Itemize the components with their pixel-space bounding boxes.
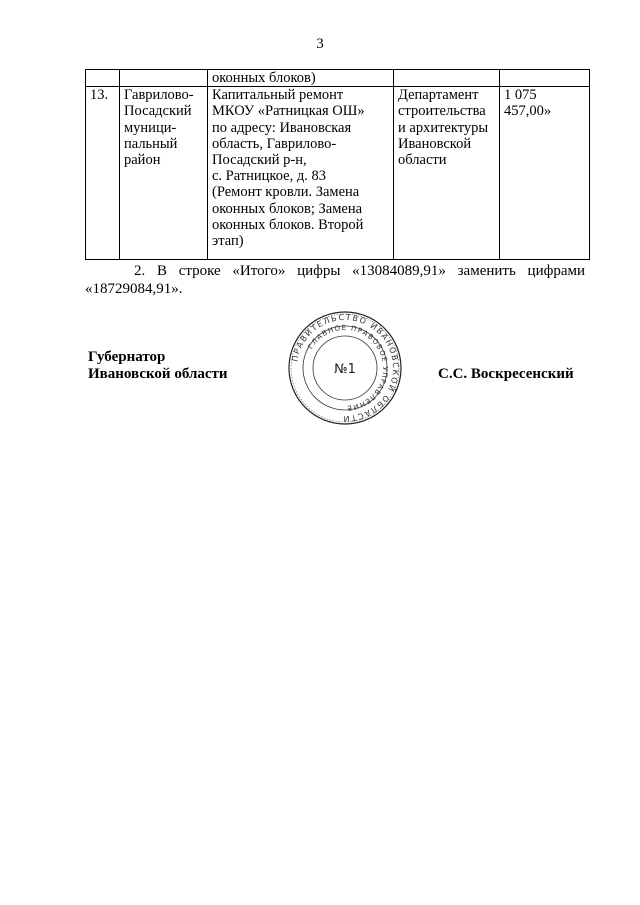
text-line: Посадский р-н, bbox=[212, 152, 390, 168]
text-line: оконных блоков. Второй bbox=[212, 217, 390, 233]
signatory-name: С.С. Воскресенский bbox=[438, 366, 574, 383]
text-line: строительства bbox=[398, 103, 496, 119]
text-line: муници- bbox=[124, 120, 204, 136]
cell-object: Капитальный ремонт МКОУ «Ратницкая ОШ» п… bbox=[208, 87, 394, 260]
amendment-paragraph-continuation: «18729084,91». bbox=[85, 280, 183, 298]
cell-department bbox=[394, 70, 500, 87]
text-line: этап) bbox=[212, 233, 390, 249]
text-line: район bbox=[124, 152, 204, 168]
text-line: по адресу: Ивановская bbox=[212, 120, 390, 136]
text-line: Посадский bbox=[124, 103, 204, 119]
text-line: Капитальный ремонт bbox=[212, 87, 390, 103]
cell-department: Департамент строительства и архитектуры … bbox=[394, 87, 500, 260]
text-line: МКОУ «Ратницкая ОШ» bbox=[212, 103, 390, 119]
cell-object: оконных блоков) bbox=[208, 70, 394, 87]
cell-amount: 1 075 457,00» bbox=[500, 87, 590, 260]
signatory-title: Губернатор Ивановской области bbox=[88, 349, 228, 383]
text-line: оконных блоков; Замена bbox=[212, 201, 390, 217]
signatory-title-line: Губернатор bbox=[88, 349, 228, 366]
page-number: 3 bbox=[0, 36, 640, 53]
text-line: Гаврилово- bbox=[124, 87, 204, 103]
cell-municipality bbox=[120, 70, 208, 87]
text-line: и архитектуры bbox=[398, 120, 496, 136]
text-line: (Ремонт кровли. Замена bbox=[212, 184, 390, 200]
amendment-table: оконных блоков) 13. Гаврилово- Посадский… bbox=[85, 69, 590, 260]
text-line: с. Ратницкое, д. 83 bbox=[212, 168, 390, 184]
cell-number bbox=[86, 70, 120, 87]
table-row-continuation: оконных блоков) bbox=[86, 70, 590, 87]
seal-center-text: №1 bbox=[334, 362, 356, 377]
text-line: пальный bbox=[124, 136, 204, 152]
cell-municipality: Гаврилово- Посадский муници- пальный рай… bbox=[120, 87, 208, 260]
table-row: 13. Гаврилово- Посадский муници- пальный… bbox=[86, 87, 590, 260]
text-line: Ивановской bbox=[398, 136, 496, 152]
cell-number: 13. bbox=[86, 87, 120, 260]
text-line: Департамент bbox=[398, 87, 496, 103]
amendment-paragraph: 2. В строке «Итого» цифры «13084089,91» … bbox=[85, 262, 585, 280]
cell-amount bbox=[500, 70, 590, 87]
official-seal-icon: ПРАВИТЕЛЬСТВО ИВАНОВСКОЙ ОБЛАСТИ ГЛАВНОЕ… bbox=[287, 310, 403, 426]
text-line: области bbox=[398, 152, 496, 168]
text-line: область, Гаврилово- bbox=[212, 136, 390, 152]
signatory-title-line: Ивановской области bbox=[88, 366, 228, 383]
